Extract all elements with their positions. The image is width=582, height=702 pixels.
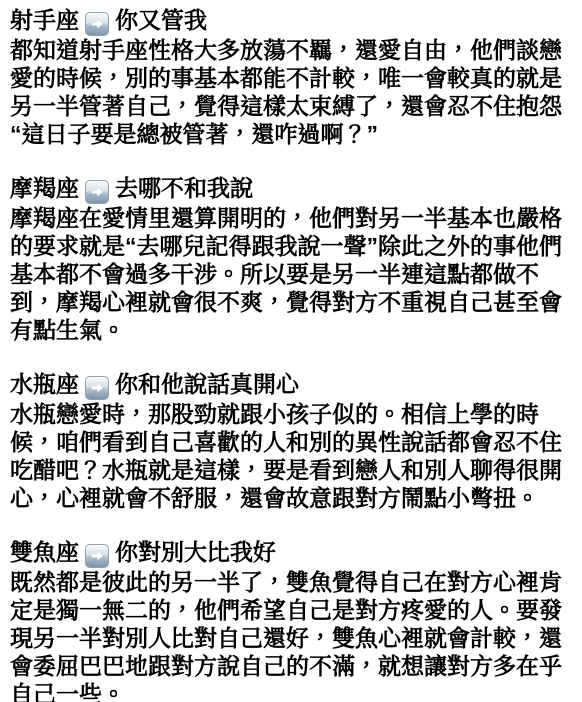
arrow-right-emoji [85, 12, 109, 36]
zodiac-sign-name: 水瓶座 [10, 371, 79, 397]
page: { "page": { "background": "#ffffff", "te… [0, 0, 582, 702]
zodiac-sign-name: 摩羯座 [10, 175, 79, 201]
section-sagittarius: 射手座你又管我 都知道射手座性格大多放蕩不羈，還愛自由，他們談戀愛的時候，別的事… [10, 6, 572, 148]
arrow-right-emoji [85, 180, 109, 204]
section-capricorn: 摩羯座去哪不和我說 摩羯座在愛情里還算開明的，他們對另一半基本也嚴格的要求就是“… [10, 174, 572, 344]
section-body: 水瓶戀愛時，那股勁就跟小孩子似的。相信上學的時候，咱們看到自己喜歡的人和別的異性… [10, 400, 572, 512]
section-title: 你和他說話真開心 [115, 371, 299, 397]
section-heading: 雙魚座你對別大比我好 [10, 538, 572, 568]
zodiac-sign-name: 射手座 [10, 7, 79, 33]
zodiac-article: 射手座你又管我 都知道射手座性格大多放蕩不羈，還愛自由，他們談戀愛的時候，別的事… [10, 6, 572, 702]
section-heading: 水瓶座你和他說話真開心 [10, 370, 572, 400]
section-body: 既然都是彼此的另一半了，雙魚覺得自己在對方心裡肯定是獨一無二的，他們希望自己是對… [10, 568, 572, 702]
section-aquarius: 水瓶座你和他說話真開心 水瓶戀愛時，那股勁就跟小孩子似的。相信上學的時候，咱們看… [10, 370, 572, 512]
section-heading: 射手座你又管我 [10, 6, 572, 36]
section-title: 你對別大比我好 [115, 539, 276, 565]
section-body: 摩羯座在愛情里還算開明的，他們對另一半基本也嚴格的要求就是“去哪兒記得跟我說一聲… [10, 204, 572, 344]
arrow-right-emoji [85, 376, 109, 400]
section-title: 去哪不和我說 [115, 175, 253, 201]
section-title: 你又管我 [115, 7, 207, 33]
arrow-right-emoji [85, 544, 109, 568]
section-heading: 摩羯座去哪不和我說 [10, 174, 572, 204]
section-pisces: 雙魚座你對別大比我好 既然都是彼此的另一半了，雙魚覺得自己在對方心裡肯定是獨一無… [10, 538, 572, 702]
zodiac-sign-name: 雙魚座 [10, 539, 79, 565]
section-body: 都知道射手座性格大多放蕩不羈，還愛自由，他們談戀愛的時候，別的事基本都能不計較，… [10, 36, 572, 148]
